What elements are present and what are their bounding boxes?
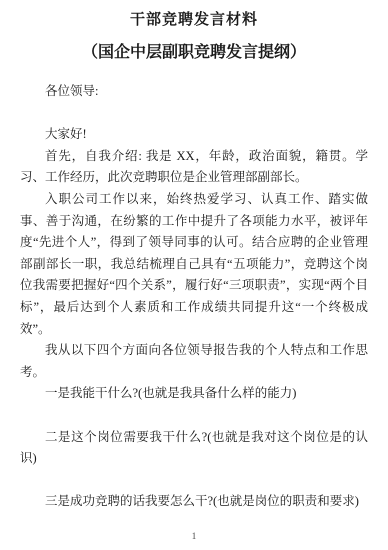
document-subtitle: （国企中层副职竞聘发言提纲） bbox=[20, 41, 368, 65]
paragraph-point-two: 二是这个岗位需要我干什么?(也就是我对这个岗位是的认识) bbox=[20, 427, 368, 470]
paragraph-point-one: 一是我能干什么?(也就是我具备什么样的能力) bbox=[20, 383, 368, 405]
paragraph-point-three: 三是成功竞聘的话我要怎么干?(也就是岗位的职责和要求) bbox=[20, 491, 368, 513]
document-page: 干部竞聘发言材料 （国企中层副职竞聘发言提纲） 各位领导: 大家好! 首先，自我… bbox=[0, 0, 388, 550]
paragraph-four-aspects-intro: 我从以下四个方面向各位领导报告我的个人特点和工作思考。 bbox=[20, 340, 368, 383]
paragraph-hello: 大家好! bbox=[20, 124, 368, 146]
paragraph-self-introduction: 首先，自我介绍: 我是 XX，年龄，政治面貌，籍贯。学习、工作经历，此次竞聘职位… bbox=[20, 146, 368, 189]
paragraph-work-experience: 入职公司工作以来，始终热爱学习、认真工作、踏实做事、善于沟通，在纷繁的工作中提升… bbox=[20, 189, 368, 340]
document-body: 各位领导: 大家好! 首先，自我介绍: 我是 XX，年龄，政治面貌，籍贯。学习、… bbox=[20, 81, 368, 513]
page-number: 1 bbox=[0, 531, 388, 541]
paragraph-greeting: 各位领导: bbox=[20, 81, 368, 103]
document-title: 干部竞聘发言材料 bbox=[20, 8, 368, 32]
